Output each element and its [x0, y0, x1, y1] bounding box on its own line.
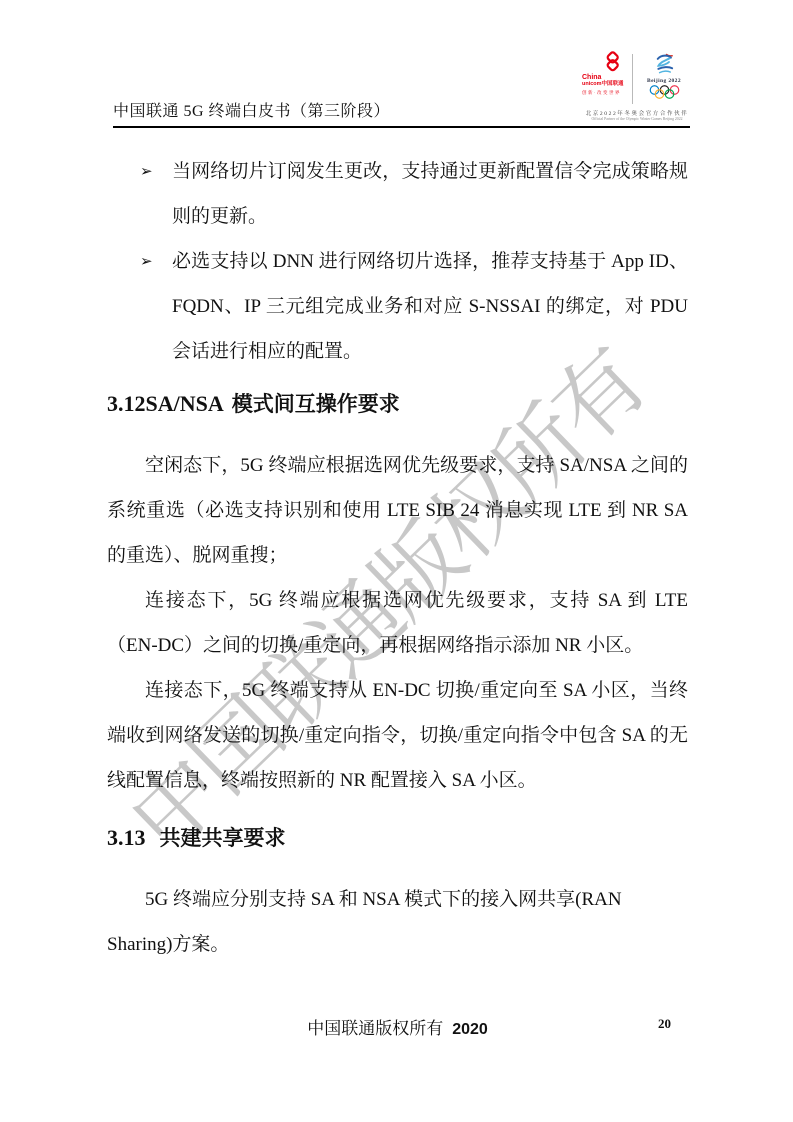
- china-unicom-logo: China unicom中国联通 创新·改变世界: [582, 52, 626, 96]
- bullet-text: 必选支持以 DNN 进行网络切片选择，推荐支持基于 App ID、FQDN、IP…: [172, 251, 688, 362]
- partner-text-cn: 北京2022年冬奥会官方合作伙伴: [582, 109, 692, 117]
- olympic-rings-icon: [648, 85, 681, 100]
- bullet-text: 当网络切片订阅发生更改，支持通过更新配置信令完成策略规则的更新。: [172, 161, 688, 227]
- footer-copyright: 中国联通版权所有2020: [107, 1014, 688, 1039]
- paragraph: 空闲态下，5G 终端应根据选网优先级要求，支持 SA/NSA 之间的系统重选（必…: [107, 443, 688, 578]
- logo-row: China unicom中国联通 创新·改变世界 Beijing 2022: [582, 52, 692, 104]
- bullet-item: ➢ 当网络切片订阅发生更改，支持通过更新配置信令完成策略规则的更新。: [107, 149, 688, 239]
- document-header-title: 中国联通 5G 终端白皮书（第三阶段）: [113, 98, 390, 121]
- paragraph: 5G 终端应分别支持 SA 和 NSA 模式下的接入网共享(RAN Sharin…: [107, 877, 688, 967]
- paragraph: 连接态下，5G 终端支持从 EN-DC 切换/重定向至 SA 小区，当终端收到网…: [107, 668, 688, 803]
- beijing-2022-emblem-icon: [651, 52, 677, 77]
- section-heading-latin: SA/NSA: [146, 391, 224, 416]
- header-divider-rule: [113, 126, 690, 128]
- section-heading-3-12: 3.12SA/NSA模式间互操作要求: [107, 389, 688, 420]
- section-heading-text: 模式间互操作要求: [232, 393, 400, 416]
- paragraph: 连接态下，5G 终端应根据选网优先级要求，支持 SA 到 LTE（EN-DC）之…: [107, 578, 688, 668]
- unicom-slogan: 创新·改变世界: [582, 90, 626, 96]
- partner-text-en: Official Partner of the Olympic Winter G…: [582, 117, 692, 121]
- document-body: ➢ 当网络切片订阅发生更改，支持通过更新配置信令完成策略规则的更新。 ➢ 必选支…: [107, 149, 688, 967]
- arrow-bullet-icon: ➢: [140, 149, 153, 194]
- document-page: 中国联通版权所有 中国联通 5G 终端白皮书（第三阶段） China unico…: [0, 0, 793, 1122]
- logo-divider: [632, 54, 633, 104]
- section-heading-3-13: 3.13共建共享要求: [107, 823, 688, 854]
- bullet-list: ➢ 当网络切片订阅发生更改，支持通过更新配置信令完成策略规则的更新。 ➢ 必选支…: [107, 149, 688, 374]
- page-number: 20: [658, 1016, 671, 1032]
- arrow-bullet-icon: ➢: [140, 239, 153, 284]
- footer-year: 2020: [452, 1021, 488, 1038]
- unicom-knot-icon: [601, 52, 623, 72]
- beijing-2022-wordmark: Beijing 2022: [647, 78, 681, 84]
- unicom-wordmark-line1: China: [582, 74, 626, 81]
- bullet-item: ➢ 必选支持以 DNN 进行网络切片选择，推荐支持基于 App ID、FQDN、…: [107, 239, 688, 374]
- beijing-2022-logo: Beijing 2022: [639, 52, 689, 100]
- footer-copyright-text: 中国联通版权所有: [307, 1019, 443, 1038]
- section-heading-text: 共建共享要求: [160, 827, 286, 850]
- section-number: 3.12: [107, 391, 146, 416]
- header-logo-cluster: China unicom中国联通 创新·改变世界 Beijing 2022: [582, 52, 692, 121]
- unicom-wordmark-line2: unicom中国联通: [582, 81, 626, 88]
- section-number: 3.13: [107, 825, 146, 850]
